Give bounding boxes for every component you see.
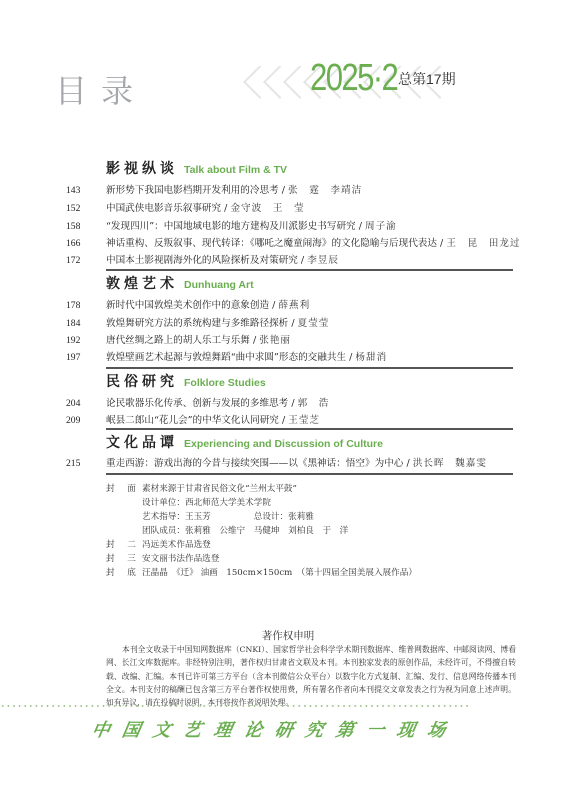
- cover-text: 安文丽书法作品选登: [142, 554, 219, 564]
- page-number: 192: [66, 334, 106, 347]
- article-title: 敦煌壁画艺术起源与敦煌舞蹈“曲中求圆”形态的交融共生: [106, 352, 346, 363]
- section-title-zh: 文化品谭: [106, 435, 178, 451]
- toc-entry[interactable]: 178新时代中国敦煌美术创作中的意象创造 / 薛燕利: [66, 299, 310, 312]
- dotted-divider: [0, 705, 468, 707]
- cover-back-line: 封 底汪晶晶 《迁》 油画 150cm×150cm （第十四届全国美展入展作品）: [106, 567, 417, 581]
- page-number: 209: [66, 414, 106, 427]
- article-title: 唐代丝绸之路上的胡人乐工与乐舞: [106, 335, 250, 346]
- article-title: 敦煌舞研究方法的系统构建与多维路径探析: [106, 318, 288, 329]
- toc-entry[interactable]: 184敦煌舞研究方法的系统构建与多维路径探析 / 夏莹莹: [66, 317, 329, 330]
- article-author: 周子渝: [365, 221, 397, 232]
- section-title-en: Folklore Studies: [184, 377, 266, 389]
- section-heading-dunhuang: 敦煌艺术Dunhuang Art: [106, 275, 254, 294]
- cover-third-line: 封 三安文丽书法作品选登: [106, 553, 219, 567]
- footer-slogan: 中国文艺理论研究第一现场: [90, 716, 461, 742]
- cover-front-line: 封 面素材来源于甘肃省民俗文化“兰州太平鼓”: [106, 483, 297, 497]
- page-number: 204: [66, 397, 106, 410]
- article-author: 王 昆 田龙过: [446, 238, 520, 249]
- article-author: 洪长晖 魏嘉雯: [413, 458, 487, 469]
- page-number: 152: [66, 202, 106, 215]
- article-author: 夏莹莹: [298, 318, 330, 329]
- article-title: 中国本土影视剧海外化的风险探析及对策研究: [106, 255, 298, 266]
- article-author: 薛燕利: [278, 300, 310, 311]
- toc-entry[interactable]: 152中国武侠电影音乐叙事研究 / 金守波 王 莹: [66, 202, 305, 215]
- page-number: 178: [66, 299, 106, 312]
- page-number: 184: [66, 317, 106, 330]
- toc-entry[interactable]: 209岷县二郎山“花儿会”的中华文化认同研究 / 王莹芝: [66, 414, 320, 427]
- article-title: 神话重构、反叛叙事、现代转译：《哪吒之魔童闹海》的文化隐喻与后现代表达: [106, 238, 437, 249]
- page-number: 143: [66, 184, 106, 197]
- toc-entry[interactable]: 192唐代丝绸之路上的胡人乐工与乐舞 / 张艳丽: [66, 334, 291, 347]
- section-heading-film-tv: 影视纵谈Talk about Film & TV: [106, 160, 287, 179]
- copyright-body: 本刊全文收录于中国知网数据库（CNKI）、国家哲学社会科学学术期刊数据库、维普网…: [106, 643, 516, 709]
- toc-entry[interactable]: 197敦煌壁画艺术起源与敦煌舞蹈“曲中求圆”形态的交融共生 / 杨甜消: [66, 351, 387, 364]
- section-divider: [106, 367, 513, 369]
- article-author: 张艳丽: [259, 335, 291, 346]
- article-title: 新时代中国敦煌美术创作中的意象创造: [106, 300, 269, 311]
- article-author: 李昱辰: [307, 255, 339, 266]
- section-title-zh: 敦煌艺术: [106, 276, 178, 292]
- article-title: 中国武侠电影音乐叙事研究: [106, 203, 221, 214]
- article-title: “发现四川”：中国地域电影的地方建构及川派影史书写研究: [106, 221, 356, 232]
- cover-second-line: 封 二冯远美术作品选登: [106, 539, 211, 553]
- section-title-zh: 影视纵谈: [106, 161, 178, 177]
- cover-label: 封 二: [106, 539, 142, 553]
- article-author: 杨甜消: [355, 352, 387, 363]
- cover-label: 封 三: [106, 553, 142, 567]
- toc-entry[interactable]: 172中国本土影视剧海外化的风险探析及对策研究 / 李昱辰: [66, 254, 339, 267]
- page-number: 166: [66, 237, 106, 250]
- toc-entry[interactable]: 204论民歌器乐化传承、创新与发展的多维思考 / 郭 浩: [66, 397, 329, 410]
- page-number: 197: [66, 351, 106, 364]
- article-title: 论民歌器乐化传承、创新与发展的多维思考: [106, 398, 288, 409]
- article-author: 金守波 王 莹: [230, 203, 304, 214]
- toc-entry[interactable]: 143新形势下我国电影档期开发利用的冷思考 / 张 霆 李靖洁: [66, 184, 362, 197]
- article-author: 郭 浩: [298, 398, 330, 409]
- toc-entry[interactable]: 215重走西游：游戏出海的今昔与接续突围——以《黑神话：悟空》为中心 / 洪长晖…: [66, 457, 487, 470]
- cover-label: 封 底: [106, 567, 142, 581]
- article-title: 岷县二郎山“花儿会”的中华文化认同研究: [106, 415, 279, 426]
- page-number: 158: [66, 220, 106, 233]
- total-issue: 总第17期: [398, 70, 456, 88]
- cover-label: 封 面: [106, 483, 142, 497]
- article-title: 重走西游：游戏出海的今昔与接续突围——以《黑神话：悟空》为中心: [106, 458, 403, 469]
- cover-front-line: 设计单位：西北师范大学美术学院: [142, 497, 271, 511]
- cover-text: 汪晶晶 《迁》 油画 150cm×150cm （第十四届全国美展入展作品）: [142, 568, 417, 578]
- article-author: 张 霆 李靖洁: [288, 185, 362, 196]
- section-title-en: Dunhuang Art: [184, 279, 254, 291]
- section-title-en: Talk about Film & TV: [184, 164, 287, 176]
- issue-number: 2025·2: [310, 58, 397, 98]
- copyright-title: 著作权申明: [0, 628, 576, 643]
- article-title: 新形势下我国电影档期开发利用的冷思考: [106, 185, 279, 196]
- section-divider: [106, 473, 513, 475]
- section-title-en: Experiencing and Discussion of Culture: [184, 438, 383, 450]
- toc-entry[interactable]: 166神话重构、反叛叙事、现代转译：《哪吒之魔童闹海》的文化隐喻与后现代表达 /…: [66, 237, 520, 250]
- cover-front-line: 艺术指导：王玉芳 总设计：张莉雅: [142, 511, 314, 525]
- section-divider: [106, 269, 513, 271]
- section-title-zh: 民俗研究: [106, 374, 178, 390]
- section-divider: [106, 428, 513, 430]
- page-number: 215: [66, 457, 106, 470]
- section-heading-folklore: 民俗研究Folklore Studies: [106, 373, 266, 392]
- toc-entry[interactable]: 158“发现四川”：中国地域电影的地方建构及川派影史书写研究 / 周子渝: [66, 220, 397, 233]
- cover-front-line: 团队成员：张莉雅 公维宁 马健坤 刘柏良 于 洋: [142, 525, 348, 539]
- section-heading-culture: 文化品谭Experiencing and Discussion of Cultu…: [106, 434, 383, 453]
- cover-text: 素材来源于甘肃省民俗文化“兰州太平鼓”: [142, 484, 297, 494]
- page-title: 目录: [55, 66, 147, 112]
- page-number: 172: [66, 254, 106, 267]
- article-author: 王莹芝: [288, 415, 320, 426]
- cover-text: 冯远美术作品选登: [142, 540, 211, 550]
